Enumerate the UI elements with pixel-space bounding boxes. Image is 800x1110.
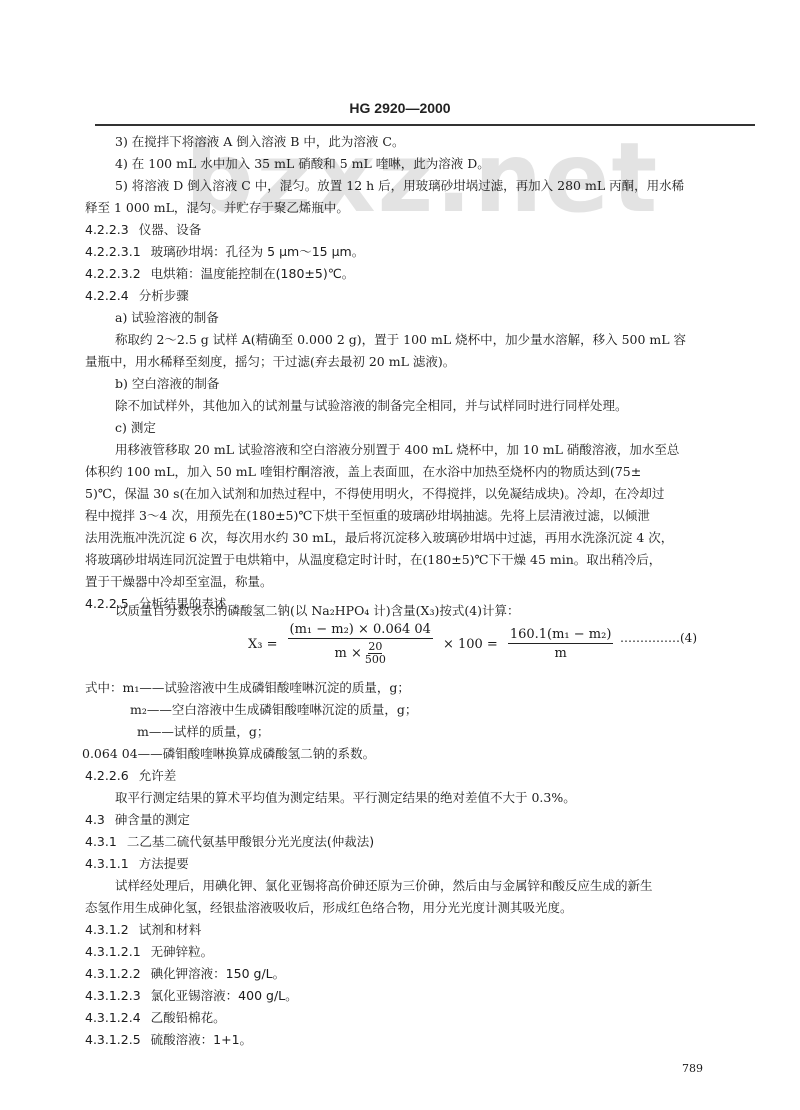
fraction-denominator: m × 20 500 — [335, 639, 386, 666]
text-line: 置于干燥器中冷却至室温，称量。 — [85, 571, 273, 593]
equation-number: ……………(4) — [620, 631, 697, 645]
section-heading: 4.2.2.3.1玻璃砂坩埚：孔径为 5 μm～15 μm。 — [85, 241, 364, 263]
section-heading: 4.2.2.4分析步骤 — [85, 285, 189, 307]
text-line: 5) 将溶液 D 倒入溶液 C 中，混匀。放置 12 h 后，用玻璃砂坩埚过滤，… — [115, 175, 684, 197]
text-line: 称取约 2～2.5 g 试样 A(精确至 0.000 2 g)，置于 100 m… — [115, 329, 686, 351]
fraction-1: (m₁ − m₂) × 0.064 04 m × 20 500 — [288, 622, 433, 666]
variable-definition: m——试样的质量，g； — [137, 721, 269, 743]
section-heading: 4.3.1.2.3氯化亚锡溶液：400 g/L。 — [85, 985, 298, 1007]
variable-definition: 式中：m₁——试验溶液中生成磷钼酸喹啉沉淀的质量，g； — [85, 677, 410, 699]
section-heading: 4.3.1.2.1无砷锌粒。 — [85, 941, 213, 963]
fraction-2: 160.1(m₁ − m₂) m — [508, 627, 614, 661]
text-line: 除不加试样外，其他加入的试剂量与试验溶液的制备完全相同，并与试样同时进行同样处理… — [115, 395, 628, 417]
text-line: 试样经处理后，用碘化钾、氯化亚锡将高价砷还原为三价砷，然后由与金属锌和酸反应生成… — [115, 875, 653, 897]
text-line: 程中搅拌 3～4 次，用预先在(180±5)℃下烘干至恒重的玻璃砂坩埚抽滤。先将… — [85, 505, 650, 527]
section-heading: 4.3.1.2.4乙酸铅棉花。 — [85, 1007, 226, 1029]
section-heading: 4.3.1二乙基二硫代氨基甲酸银分光光度法(仲裁法) — [85, 831, 374, 853]
header-divider — [95, 124, 755, 126]
text-line: 法用洗瓶冲洗沉淀 6 次，每次用水约 30 mL，最后将沉淀移入玻璃砂坩埚中过滤… — [85, 527, 673, 549]
fraction-denominator: m — [554, 644, 566, 661]
text-line: 4) 在 100 mL 水中加入 35 mL 硝酸和 5 mL 喹啉，此为溶液 … — [115, 153, 490, 175]
text-line: 态氢作用生成砷化氢，经银盐溶液吸收后，形成红色络合物，用分光光度计测其吸光度。 — [85, 897, 573, 919]
page-header: HG 2920—2000 — [0, 100, 800, 116]
mini-fraction: 20 500 — [365, 641, 386, 666]
document-page: HG 2920—2000 3) 在搅拌下将溶液 A 倒入溶液 B 中，此为溶液 … — [0, 0, 800, 1110]
section-heading: 4.2.2.6允许差 — [85, 765, 176, 787]
fraction-numerator: 160.1(m₁ − m₂) — [508, 627, 614, 644]
section-heading: 4.3砷含量的测定 — [85, 809, 190, 831]
equation-4: X₃ = (m₁ − m₂) × 0.064 04 m × 20 500 × 1… — [248, 622, 617, 666]
section-heading: 4.2.2.3.2电烘箱：温度能控制在(180±5)℃。 — [85, 263, 354, 285]
text-line: 体积约 100 mL，加入 50 mL 喹钼柠酮溶液，盖上表面皿，在水浴中加热至… — [85, 461, 641, 483]
section-heading: 4.3.1.2.2碘化钾溶液：150 g/L。 — [85, 963, 285, 985]
text-line: 释至 1 000 mL，混匀。并贮存于聚乙烯瓶中。 — [85, 197, 349, 219]
formula-multiplier: × 100 = — [443, 637, 498, 652]
variable-definition: m₂——空白溶液中生成磷钼酸喹啉沉淀的质量，g； — [130, 699, 417, 721]
text-line: 3) 在搅拌下将溶液 A 倒入溶液 B 中，此为溶液 C。 — [115, 131, 404, 153]
fraction-numerator: (m₁ − m₂) × 0.064 04 — [288, 622, 433, 639]
text-line: b) 空白溶液的制备 — [115, 373, 219, 395]
text-line: c) 测定 — [115, 417, 156, 439]
section-heading: 4.3.1.1方法提要 — [85, 853, 189, 875]
page-number: 789 — [682, 1062, 703, 1075]
text-line: 量瓶中，用水稀释至刻度，摇匀；干过滤(弃去最初 20 mL 滤液)。 — [85, 351, 455, 373]
variable-definition: 0.064 04——磷钼酸喹啉换算成磷酸氢二钠的系数。 — [82, 743, 375, 765]
text-line: 用移液管移取 20 mL 试验溶液和空白溶液分别置于 400 mL 烧杯中，加 … — [115, 439, 679, 461]
text-line: 5)℃，保温 30 s(在加入试剂和加热过程中，不得使用明火，不得搅拌，以免凝结… — [85, 483, 664, 505]
section-heading: 4.3.1.2试剂和材料 — [85, 919, 201, 941]
section-heading: 4.3.1.2.5硫酸溶液：1+1。 — [85, 1029, 252, 1051]
section-heading: 4.2.2.3仪器、设备 — [85, 219, 201, 241]
text-line: 将玻璃砂坩埚连同沉淀置于电烘箱中，从温度稳定时计时，在(180±5)℃下干燥 4… — [85, 549, 661, 571]
text-line: 取平行测定结果的算术平均值为测定结果。平行测定结果的绝对差值不大于 0.3%。 — [115, 787, 576, 809]
formula-lhs: X₃ = — [248, 637, 278, 652]
text-line: a) 试验溶液的制备 — [115, 307, 219, 329]
text-line: 以质量百分数表示的磷酸氢二钠(以 Na₂HPO₄ 计)含量(X₃)按式(4)计算… — [115, 600, 520, 622]
